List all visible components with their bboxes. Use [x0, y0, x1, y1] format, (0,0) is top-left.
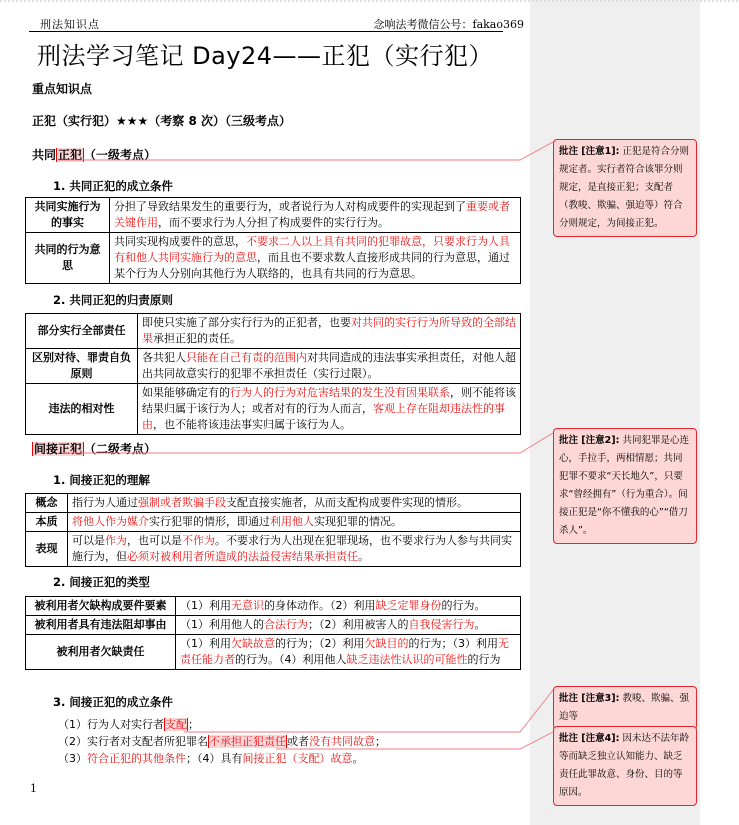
- table-row: 共同的行为意思 共同实现构成要件的意思，不要求二人以上具有共同的犯罪故意，只要求…: [26, 233, 521, 284]
- subsection-title: 2. 共同正犯的归责原则: [53, 292, 173, 308]
- text-run: ，也可以是: [127, 534, 182, 547]
- top-dotted-border: [0, 0, 739, 2]
- condition-line: （1）行为人对实行者支配；: [58, 716, 199, 733]
- section-heading-indirect-principal: 间接正犯（二级考点）: [32, 440, 156, 457]
- header-left: 刑法知识点: [40, 16, 100, 32]
- text-run: （1）利用: [180, 637, 231, 650]
- comment-label: 批注 [注意3]:: [559, 693, 619, 704]
- page-number: 1: [30, 782, 37, 795]
- condition-line: （3）符合正犯的其他条件；（4）具有间接正犯（支配）故意。: [58, 750, 364, 767]
- text-run: 即使只实施了部分实行行为的正犯者，也要: [142, 316, 351, 329]
- row-value: （1）利用无意识的身体动作。（2）利用缺乏定罪身份的行为。: [176, 597, 521, 616]
- subsection-title: 1. 间接正犯的理解: [53, 472, 150, 488]
- text-run: 或者: [287, 735, 309, 748]
- table-row: 被利用者欠缺责任 （1）利用欠缺故意的行为；（2）利用欠缺目的的行为；（3）利用…: [26, 635, 521, 670]
- table-row: 被利用者欠缺构成要件要素 （1）利用无意识的身体动作。（2）利用缺乏定罪身份的行…: [26, 597, 521, 616]
- window-edge: [700, 0, 739, 825]
- text-run: 的行为。: [442, 599, 486, 612]
- highlighted-text[interactable]: 支配: [164, 718, 188, 731]
- row-key: 被利用者欠缺构成要件要素: [26, 597, 176, 616]
- table-row: 区别对待、罪责自负原则 各共犯人只能在自己有责的范围内对共同造成的违法事实承担责…: [26, 349, 521, 384]
- text-run: 承担正犯的责任。: [153, 332, 241, 345]
- subsection-title: 1. 共同正犯的成立条件: [53, 178, 173, 194]
- row-value: （1）利用欠缺故意的行为；（2）利用欠缺目的的行为；（3）利用无责任能力者的行为…: [176, 635, 521, 670]
- emphasis-text: 自我侵害行为: [409, 618, 475, 631]
- text-run: 共同实现构成要件的意思，: [114, 235, 246, 248]
- text-run: （2）实行者对支配者所犯罪名: [58, 735, 208, 748]
- text-run: 的行为；（3）利用: [409, 637, 499, 650]
- section-suffix: （一级考点）: [84, 148, 156, 162]
- text-run: 的行为。（4）利用他人: [235, 653, 347, 666]
- comment-balloon-2[interactable]: 批注 [注意2]: 共同犯罪是心连心，手拉手，两相情愿；共同犯罪不要求“天长地久…: [553, 428, 697, 544]
- topic-heading: 正犯（实行犯）★★★（考察 8 次）（三级考点）: [32, 112, 291, 129]
- text-run: 的行为: [468, 653, 501, 666]
- emphasis-text: 必须对被利用者所造成的法益侵害结果承担责任: [127, 550, 358, 563]
- row-key: 表现: [26, 532, 68, 567]
- subsection-title: 3. 间接正犯的成立条件: [53, 694, 173, 710]
- highlighted-text[interactable]: 不承担正犯责任: [208, 735, 287, 748]
- comment-label: 批注 [注意4]:: [559, 733, 619, 744]
- emphasis-text: 符合正犯的其他条件: [87, 752, 186, 765]
- emphasis-text: 只能在自己有责的范围内: [186, 351, 307, 364]
- subsection-title: 2. 间接正犯的类型: [53, 574, 150, 590]
- row-key: 违法的相对性: [26, 384, 138, 435]
- text-run: （1）利用: [180, 599, 231, 612]
- table-indirect-types: 被利用者欠缺构成要件要素 （1）利用无意识的身体动作。（2）利用缺乏定罪身份的行…: [25, 596, 521, 670]
- row-value: 分担了导致结果发生的重要行为，或者说行为人对构成要件的实现起到了重要或者关键作用…: [110, 198, 521, 233]
- emphasis-text: 利用他人: [270, 515, 314, 528]
- emphasis-text: 将他人作为媒介: [72, 515, 149, 528]
- table-row: 被利用者具有违法阻却事由 （1）利用他人的合法行为；（2）利用被害人的自我侵害行…: [26, 616, 521, 635]
- emphasis-text: 作为: [105, 534, 127, 547]
- text-run: 的行为；（2）利用: [275, 637, 365, 650]
- comment-anchor-1[interactable]: 正犯: [56, 148, 84, 162]
- comment-text: 共同犯罪是心连心，手拉手，两相情愿；共同犯罪不要求“天长地久”，只要求“曾经拥有…: [559, 435, 689, 536]
- text-run: 实行犯罪的情形，即通过: [149, 515, 270, 528]
- table-row: 共同实施行为的事实 分担了导致结果发生的重要行为，或者说行为人对构成要件的实现起…: [26, 198, 521, 233]
- text-run: （1）行为人对实行者: [58, 718, 164, 731]
- header-right: 念响法考微信公号：fakao369: [374, 16, 524, 32]
- text-run: 。: [353, 752, 364, 765]
- emphasis-text: 行为人的行为对危害结果的发生没有因果联系: [230, 386, 450, 399]
- text-run: ；（4）具有: [186, 752, 243, 765]
- text-run: 实现犯罪的情况。: [314, 515, 402, 528]
- emphasis-text: 合法行为: [264, 618, 308, 631]
- comment-label: 批注 [注意2]:: [559, 435, 619, 446]
- emphasis-text: 强制或者欺骗手段: [138, 496, 226, 509]
- section-heading-joint-principal: 共同正犯（一级考点）: [32, 146, 156, 163]
- page-title: 刑法学习笔记 Day24——正犯（实行犯）: [0, 36, 530, 71]
- text-run: ；（2）利用被害人的: [308, 618, 409, 631]
- comment-anchor-2[interactable]: 间接正犯: [32, 442, 84, 456]
- text-run: 的身体动作。（2）利用: [264, 599, 376, 612]
- table-indirect-understanding: 概念 指行为人通过强制或者欺骗手段支配直接实施者，从而支配构成要件实现的情形。 …: [25, 493, 521, 567]
- comment-balloon-1[interactable]: 批注 [注意1]: 正犯是符合分则规定者。实行者符合该罪分则规定，是直接正犯；支…: [553, 139, 697, 237]
- row-key: 区别对待、罪责自负原则: [26, 349, 138, 384]
- text-run: 如果能够确定有的: [142, 386, 230, 399]
- table-row: 概念 指行为人通过强制或者欺骗手段支配直接实施者，从而支配构成要件实现的情形。: [26, 494, 521, 513]
- header-divider: [29, 31, 503, 32]
- row-value: 各共犯人只能在自己有责的范围内对共同造成的违法事实承担责任，对他人超出共同故意实…: [138, 349, 521, 384]
- emphasis-text: 缺乏定罪身份: [376, 599, 442, 612]
- text-run: ，也不能将该违法事实归属于该行为人。: [153, 418, 351, 431]
- comment-text: 正犯是符合分则规定者。实行者符合该罪分则规定，是直接正犯；支配者（教唆、欺骗、强…: [559, 146, 689, 229]
- emphasis-text: 欠缺目的: [365, 637, 409, 650]
- text-run: （1）利用他人的: [180, 618, 264, 631]
- row-key: 部分实行全部责任: [26, 314, 138, 349]
- row-key: 共同实施行为的事实: [26, 198, 110, 233]
- condition-line: （2）实行者对支配者所犯罪名不承担正犯责任或者没有共同故意；: [58, 733, 386, 750]
- table-joint-liability: 部分实行全部责任 即使只实施了部分实行行为的正犯者，也要对共同的实行行为所导致的…: [25, 313, 521, 435]
- text-run: （3）: [58, 752, 87, 765]
- table-row: 部分实行全部责任 即使只实施了部分实行行为的正犯者，也要对共同的实行行为所导致的…: [26, 314, 521, 349]
- table-row: 表现 可以是作为，也可以是不作为。不要求行为人出现在犯罪现场，也不要求行为人参与…: [26, 532, 521, 567]
- text-run: ；: [375, 735, 386, 748]
- row-value: （1）利用他人的合法行为；（2）利用被害人的自我侵害行为。: [176, 616, 521, 635]
- text-run: 各共犯人: [142, 351, 186, 364]
- comment-balloon-4[interactable]: 批注 [注意4]: 因未达不法年龄等而缺乏独立认知能力、缺乏责任此罪故意、身份、…: [553, 726, 697, 806]
- text-run: 。: [358, 550, 369, 563]
- row-value: 将他人作为媒介实行犯罪的情形，即通过利用他人实现犯罪的情况。: [68, 513, 521, 532]
- emphasis-text: 间接正犯（支配）故意: [243, 752, 353, 765]
- row-value: 即使只实施了部分实行行为的正犯者，也要对共同的实行行为所导致的全部结果承担正犯的…: [138, 314, 521, 349]
- text-run: ；: [188, 718, 199, 731]
- text-run: ，而不要求行为人分担了构成要件的实行行为。: [158, 216, 389, 229]
- emphasis-text: 无意识: [231, 599, 264, 612]
- text-run: 分担了导致结果发生的重要行为，或者说行为人对构成要件的实现起到了: [114, 200, 466, 213]
- table-joint-conditions: 共同实施行为的事实 分担了导致结果发生的重要行为，或者说行为人对构成要件的实现起…: [25, 197, 521, 284]
- emphasis-text: 欠缺故意: [231, 637, 275, 650]
- row-value: 共同实现构成要件的意思，不要求二人以上具有共同的犯罪故意，只要求行为人具有和他人…: [110, 233, 521, 284]
- section-suffix: （二级考点）: [84, 442, 156, 456]
- row-value: 如果能够确定有的行为人的行为对危害结果的发生没有因果联系，则不能将该结果归属于该…: [138, 384, 521, 435]
- row-key: 本质: [26, 513, 68, 532]
- text-run: 可以是: [72, 534, 105, 547]
- emphasis-text: 缺乏违法性认识的可能性: [347, 653, 468, 666]
- row-key: 概念: [26, 494, 68, 513]
- text-run: 支配直接实施者，从而支配构成要件实现的情形。: [226, 496, 468, 509]
- comment-label: 批注 [注意1]:: [559, 146, 619, 157]
- comment-balloon-3[interactable]: 批注 [注意3]: 教唆、欺骗、强迫等: [553, 686, 697, 730]
- row-value: 可以是作为，也可以是不作为。不要求行为人出现在犯罪现场，也不要求行为人参与共同实…: [68, 532, 521, 567]
- row-value: 指行为人通过强制或者欺骗手段支配直接实施者，从而支配构成要件实现的情形。: [68, 494, 521, 513]
- table-row: 违法的相对性 如果能够确定有的行为人的行为对危害结果的发生没有因果联系，则不能将…: [26, 384, 521, 435]
- row-key: 被利用者具有违法阻却事由: [26, 616, 176, 635]
- text-run: 指行为人通过: [72, 496, 138, 509]
- row-key: 共同的行为意思: [26, 233, 110, 284]
- emphasis-text: 不作为: [182, 534, 215, 547]
- emphasis-text: 没有共同故意: [309, 735, 375, 748]
- row-key: 被利用者欠缺责任: [26, 635, 176, 670]
- section-prefix: 共同: [32, 148, 56, 162]
- key-points-heading: 重点知识点: [32, 80, 92, 97]
- text-run: 。: [475, 618, 486, 631]
- table-row: 本质 将他人作为媒介实行犯罪的情形，即通过利用他人实现犯罪的情况。: [26, 513, 521, 532]
